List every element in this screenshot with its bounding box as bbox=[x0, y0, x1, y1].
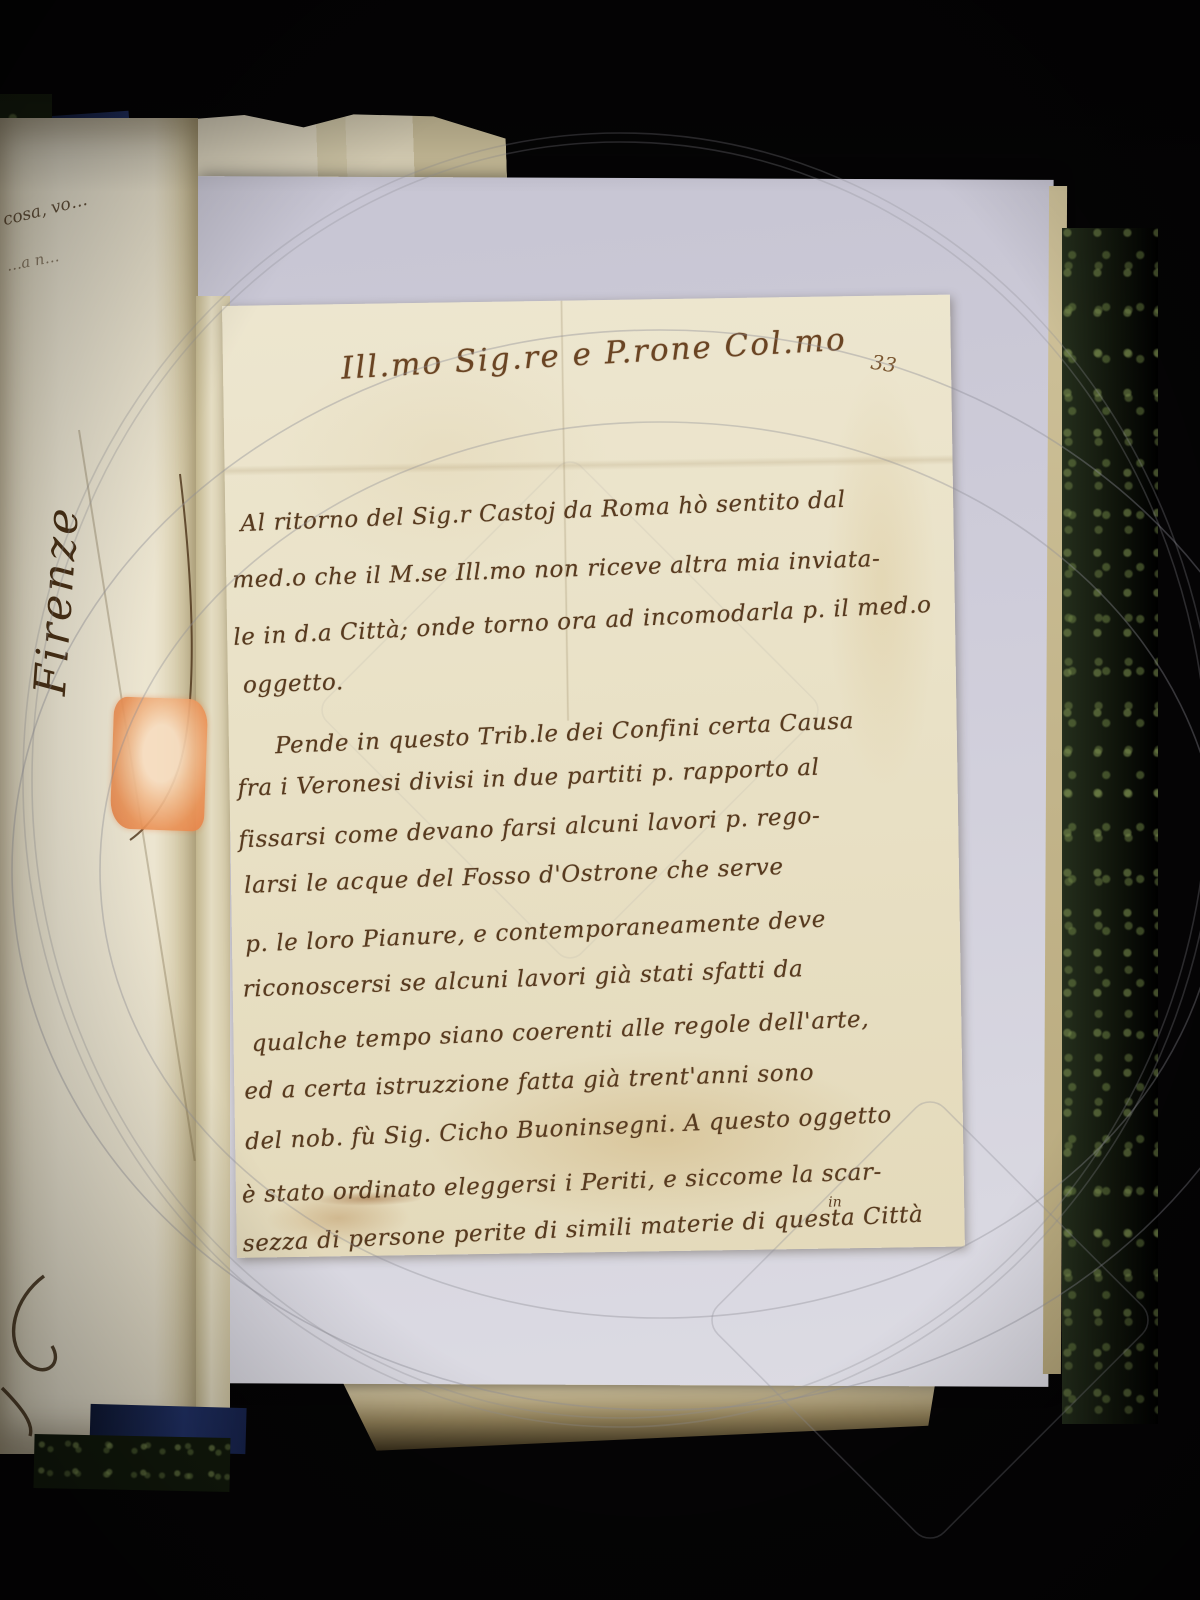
letter-line: med.o che il M.se Ill.mo non riceve altr… bbox=[232, 546, 881, 593]
wax-seal-remnant bbox=[110, 696, 209, 831]
letter-line: oggetto. bbox=[243, 669, 345, 698]
flourish-initial-fragment bbox=[0, 1268, 84, 1438]
letter-line: qualche tempo siano coerenti alle regole… bbox=[251, 1006, 869, 1057]
letter-line: fra i Veronesi divisi in due partiti p. … bbox=[237, 755, 820, 802]
photographed-manuscript-page: cosa, vo… …a n… Firenze Ill.mo Sig.re e … bbox=[0, 0, 1200, 1600]
folio-number: 33 bbox=[869, 350, 898, 378]
interline-correction-note: in bbox=[828, 1194, 842, 1210]
marbled-cover-right bbox=[1062, 228, 1158, 1424]
letter-line: Pende in questo Trib.le dei Confini cert… bbox=[274, 708, 854, 759]
marbled-cover-bottom-left bbox=[33, 1434, 230, 1492]
letter-salutation: Ill.mo Sig.re e P.rone Col.mo bbox=[340, 322, 847, 387]
letter-line: larsi le acque del Fosso d'Ostrone che s… bbox=[244, 854, 784, 899]
fold-crease-horizontal bbox=[225, 455, 953, 476]
manuscript-letter-sheet: Ill.mo Sig.re e P.rone Col.mo 33 Al rito… bbox=[222, 295, 965, 1258]
letter-line: Al ritorno del Sig.r Castoj da Roma hò s… bbox=[240, 487, 846, 537]
letter-line: p. le loro Pianure, e contemporaneamente… bbox=[245, 906, 827, 957]
letter-line: le in d.a Città; onde torno ora ad incom… bbox=[233, 592, 932, 651]
letter-line: è stato ordinato eleggersi i Periti, e s… bbox=[242, 1159, 883, 1208]
letter-line: ed a certa istruzzione fatta già trent'a… bbox=[244, 1060, 815, 1105]
letter-line: riconoscersi se alcuni lavori già stati … bbox=[242, 956, 803, 1003]
letter-line: del nob. fù Sig. Cicho Buoninsegni. A qu… bbox=[245, 1102, 893, 1155]
letter-line: fissarsi come devano farsi alcuni lavori… bbox=[238, 803, 821, 853]
